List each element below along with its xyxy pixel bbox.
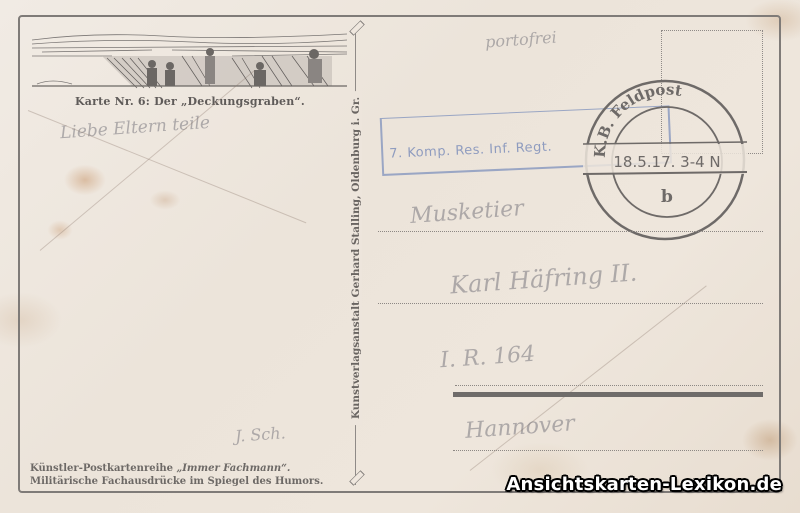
address-underline-bar <box>453 392 763 397</box>
feldpost-postmark: K.B. Feldpost 18.5.17. 3-4 N b <box>583 78 747 242</box>
address-line-1 <box>378 231 763 232</box>
series-title: „Immer Fachmann“. <box>176 463 290 474</box>
series-title-line: Künstler-Postkartenreihe „Immer Fachmann… <box>30 463 290 474</box>
card-caption: Karte Nr. 6: Der „Deckungsgraben“. <box>20 95 360 108</box>
site-watermark: Ansichtskarten-Lexikon.de <box>506 474 782 495</box>
series-prefix: Künstler-Postkartenreihe <box>30 463 176 474</box>
address-line-4 <box>453 450 763 451</box>
address-line-2 <box>378 303 763 304</box>
unit-cachet-text: 7. Komp. Res. Inf. Regt. <box>389 140 552 162</box>
postmark-letter: b <box>661 187 673 207</box>
publisher-imprint: Kunstverlagsanstalt Gerhard Stalling, Ol… <box>350 91 362 425</box>
trench-scene-illustration <box>32 26 347 92</box>
series-subtitle-line: Militärische Fachausdrücke im Spiegel de… <box>30 476 323 487</box>
address-line-3 <box>455 385 763 386</box>
postcard: Karte Nr. 6: Der „Deckungsgraben“. Liebe… <box>0 0 800 513</box>
postmark-date: 18.5.17. 3-4 N <box>613 153 720 171</box>
handwritten-signature: J. Sch. <box>234 423 286 445</box>
